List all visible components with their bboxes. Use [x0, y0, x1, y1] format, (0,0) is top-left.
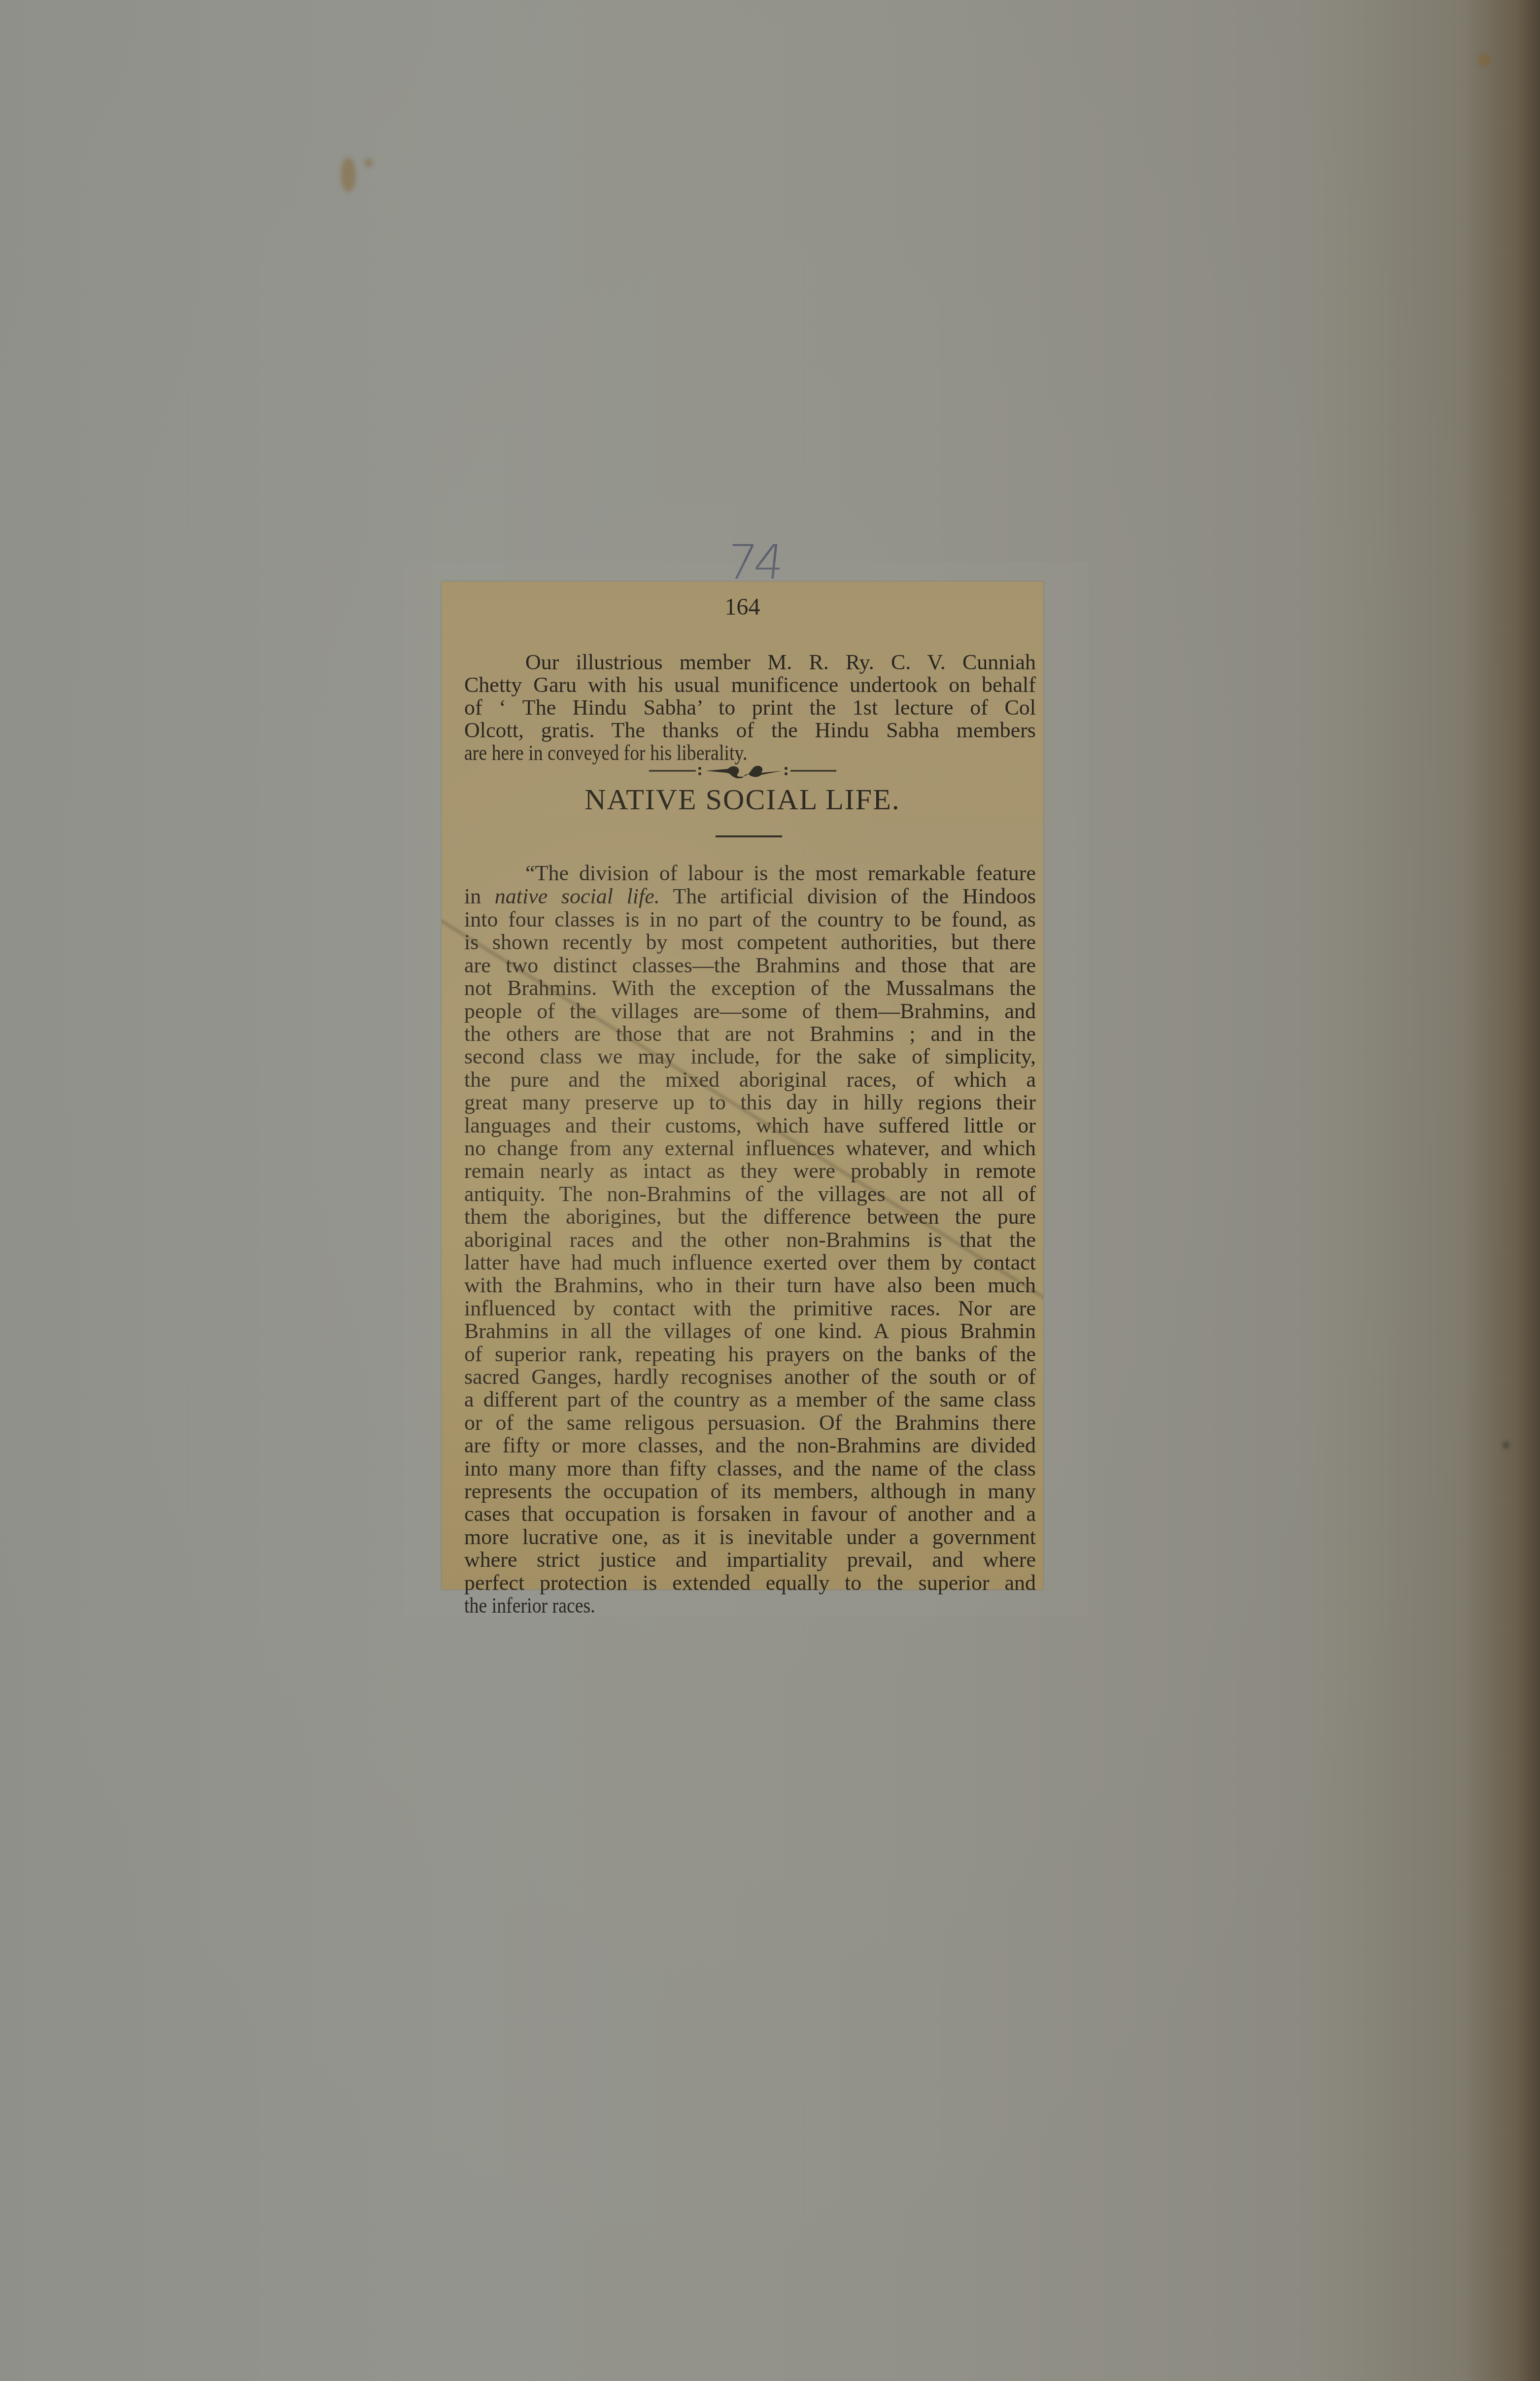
article-line: antiquity. The non-Brahmins of the villa… — [464, 1182, 1036, 1206]
notice-line: of ‘ The Hindu Sabha’ to print the 1st l… — [464, 696, 1036, 720]
article-line: of superior rank, repeating his prayers … — [464, 1343, 1036, 1366]
article-line: latter have had much influence exerted o… — [464, 1251, 1036, 1275]
article-line: great many preserve up to this day in hi… — [464, 1091, 1036, 1114]
article-line: more lucrative one, as it is inevitable … — [464, 1525, 1036, 1549]
article-line: influenced by contact with the primitive… — [464, 1297, 1036, 1320]
notice-line: Olcott, gratis. The thanks of the Hindu … — [464, 719, 1036, 742]
article-line: languages and their customs, which have … — [464, 1114, 1036, 1138]
notice-line: Our illustrious member M. R. Ry. C. V. C… — [525, 651, 1036, 674]
article-line: the others are those that are not Brahmi… — [464, 1022, 1036, 1046]
text-run: The artificial division of the Hindoos — [660, 884, 1036, 908]
article-line: perfect protection is extended equally t… — [464, 1571, 1036, 1595]
notice-line: are here in conveyed for his liberality. — [464, 741, 747, 765]
newspaper-clipping: 164 Our illustrious member M. R. Ry. C. … — [442, 582, 1043, 1589]
article-line: second class we may include, for the sak… — [464, 1045, 1036, 1069]
article-line: into four classes is in no part of the c… — [464, 908, 1036, 932]
foxing-stain — [1477, 54, 1491, 66]
article-line: a different part of the country as a mem… — [464, 1388, 1036, 1412]
foxing-stain — [365, 159, 373, 167]
article-line: is shown recently by most competent auth… — [464, 931, 1036, 954]
article-line: no change from any external influences w… — [464, 1137, 1036, 1160]
article-line: the pure and the mixed aboriginal races,… — [464, 1068, 1036, 1092]
article-line: Brahmins in all the villages of one kind… — [464, 1319, 1036, 1343]
article-line: remain nearly as intact as they were pro… — [464, 1159, 1036, 1183]
italic-phrase: native social life. — [495, 884, 660, 908]
printed-page-number: 164 — [442, 593, 1043, 621]
article-line: with the Brahmins, who in their turn hav… — [464, 1274, 1036, 1297]
article-line: are two distinct classes—the Brahmins an… — [464, 954, 1036, 977]
article-line: or of the same religous persuasion. Of t… — [464, 1411, 1036, 1435]
ornamental-divider — [442, 763, 1043, 783]
article-line: cases that occupation is forsaken in fav… — [464, 1502, 1036, 1526]
title-rule — [716, 835, 782, 837]
notice-line: Chetty Garu with his usual munificence u… — [464, 673, 1036, 697]
article-line: in native social life. The artificial di… — [464, 885, 1036, 908]
article-line: not Brahmins. With the exception of the … — [464, 976, 1036, 1000]
foxing-stain — [1503, 1442, 1509, 1449]
article-line: where strict justice and impartiality pr… — [464, 1548, 1036, 1572]
text-run: in — [464, 884, 495, 908]
foxing-stain — [341, 158, 356, 192]
article-line: the inferior races. — [464, 1594, 595, 1618]
scroll-ornament-icon — [649, 763, 836, 780]
article-line: sacred Ganges, hardly recognises another… — [464, 1365, 1036, 1389]
article-title: NATIVE SOCIAL LIFE. — [442, 783, 1043, 817]
article-line: them the aborigines, but the difference … — [464, 1205, 1036, 1229]
article-line: represents the occupation of its members… — [464, 1480, 1036, 1503]
article-line: people of the villages are—some of them—… — [464, 1000, 1036, 1023]
article-line: aboriginal races and the other non-Brahm… — [464, 1228, 1036, 1252]
article-line: are fifty or more classes, and the non-B… — [464, 1434, 1036, 1457]
article-line: “The division of labour is the most rema… — [525, 862, 1036, 885]
article-line: into many more than fifty classes, and t… — [464, 1457, 1036, 1481]
